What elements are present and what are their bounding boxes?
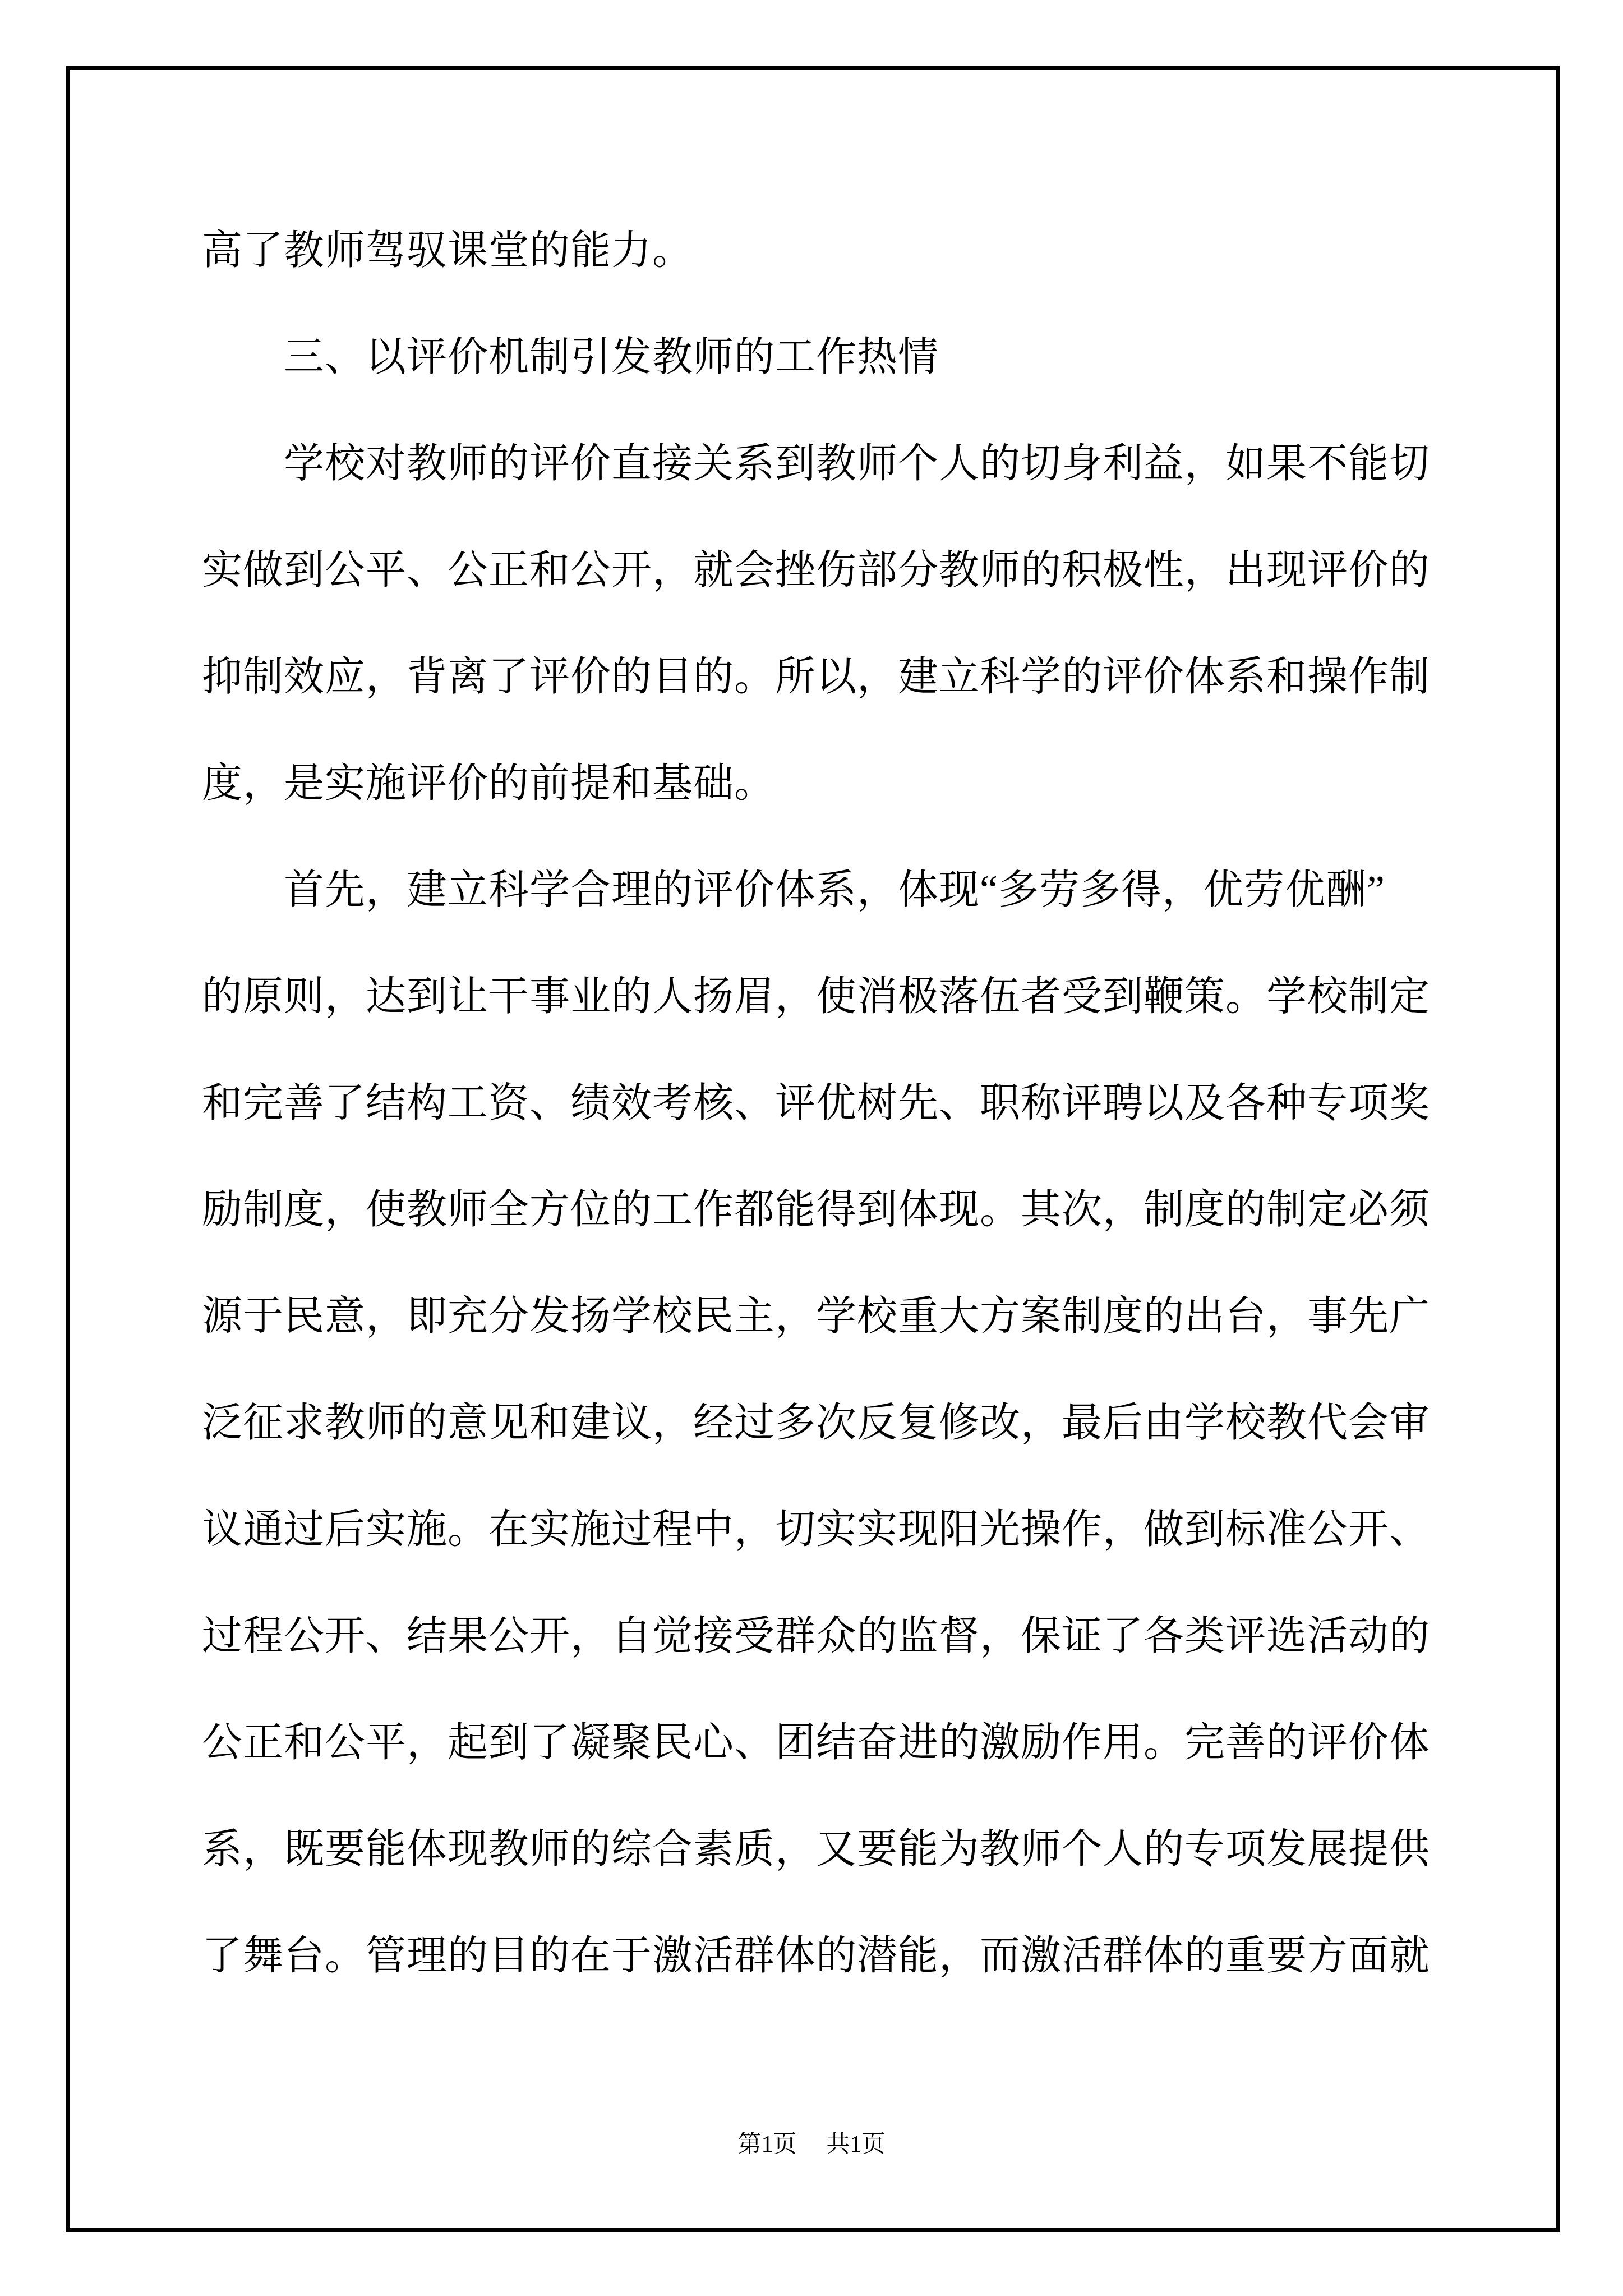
text-line: 系，既要能体现教师的综合素质，又要能为教师个人的专项发展提供	[202, 1829, 1430, 1869]
text-line: 和完善了结构工资、绩效考核、评优树先、职称评聘以及各种专项奖	[202, 1083, 1430, 1123]
document-body: 高了教师驾驭课堂的能力。三、以评价机制引发教师的工作热情学校对教师的评价直接关系…	[0, 0, 1623, 2296]
text-line: 学校对教师的评价直接关系到教师个人的切身利益，如果不能切	[284, 443, 1430, 484]
page-footer: 第1页共1页	[0, 2132, 1623, 2157]
text-line: 议通过后实施。在实施过程中，切实实现阳光操作，做到标准公开、	[202, 1509, 1430, 1549]
text-line: 三、以评价机制引发教师的工作热情	[284, 337, 939, 377]
text-line: 高了教师驾驭课堂的能力。	[202, 230, 693, 270]
text-line: 了舞台。管理的目的在于激活群体的潜能，而激活群体的重要方面就	[202, 1935, 1430, 1976]
document-page: { "page": { "background_color": "#ffffff…	[0, 0, 1623, 2296]
text-line: 的原则，达到让干事业的人扬眉，使消极落伍者受到鞭策。学校制定	[202, 976, 1430, 1016]
text-line: 实做到公平、公正和公开，就会挫伤部分教师的积极性，出现评价的	[202, 550, 1430, 590]
text-line: 度，是实施评价的前提和基础。	[202, 763, 775, 803]
text-line: 励制度，使教师全方位的工作都能得到体现。其次，制度的制定必须	[202, 1189, 1430, 1230]
footer-current-page: 第1页	[737, 2132, 796, 2157]
text-line: 源于民意，即充分发扬学校民主，学校重大方案制度的出台，事先广	[202, 1296, 1430, 1336]
text-line: 首先，建立科学合理的评价体系，体现“多劳多得，优劳优酬”	[284, 869, 1385, 910]
footer-total-pages: 共1页	[827, 2132, 886, 2157]
text-line: 公正和公平，起到了凝聚民心、团结奋进的激励作用。完善的评价体	[202, 1722, 1430, 1763]
text-line: 抑制效应，背离了评价的目的。所以，建立科学的评价体系和操作制	[202, 656, 1430, 697]
text-line: 过程公开、结果公开，自觉接受群众的监督，保证了各类评选活动的	[202, 1616, 1430, 1656]
text-line: 泛征求教师的意见和建议，经过多次反复修改，最后由学校教代会审	[202, 1402, 1430, 1443]
